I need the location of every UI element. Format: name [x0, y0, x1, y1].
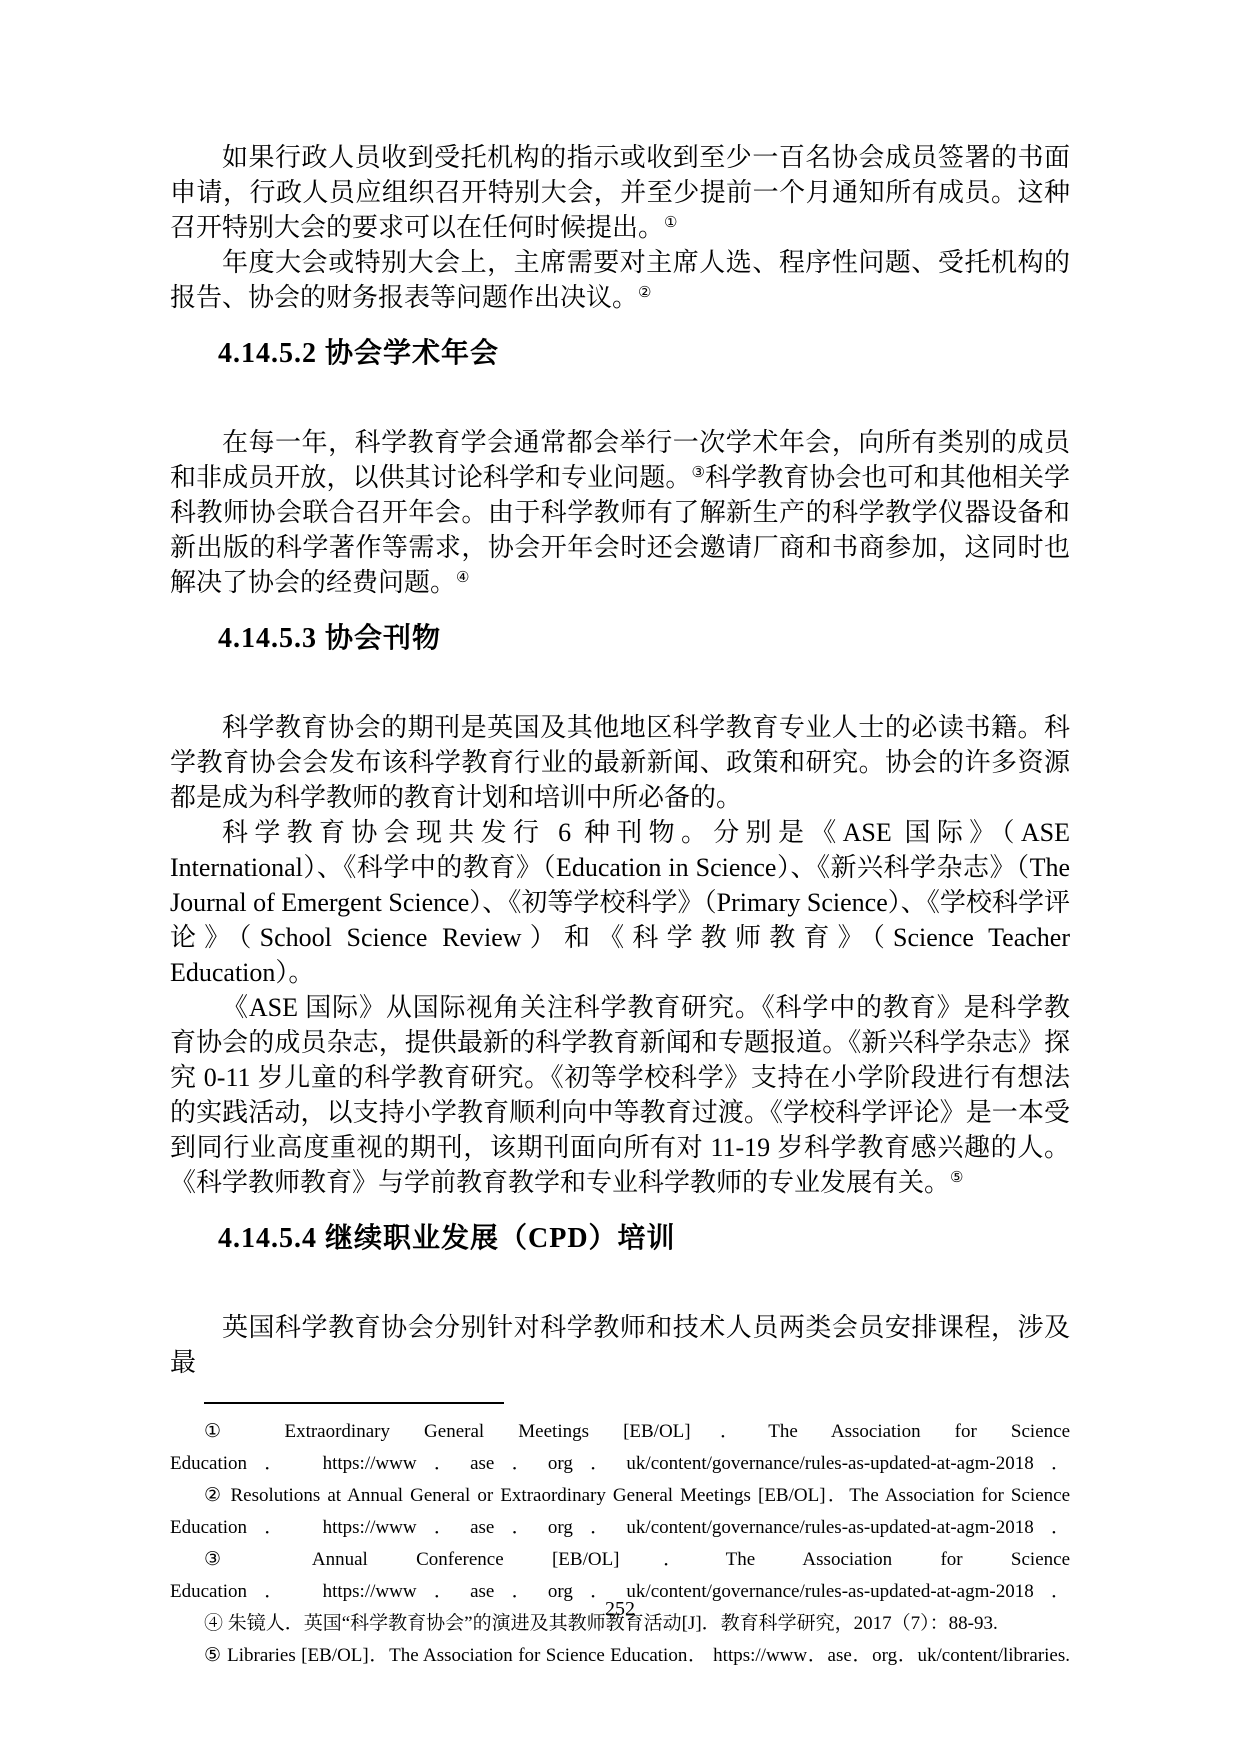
- footnote-ref: ①: [664, 215, 677, 231]
- footnotes-section: ① Extraordinary General Meetings [EB/OL]…: [170, 1402, 1070, 1672]
- text-run: 科学教育协会现共发行 6 种刊物。分别是《ASE 国际》（ASE Interna…: [170, 818, 1070, 987]
- paragraph-journals-list: 科学教育协会现共发行 6 种刊物。分别是《ASE 国际》（ASE Interna…: [170, 815, 1070, 990]
- text-run: ③ Annual Conference [EB/OL]．The Associat…: [204, 1549, 1070, 1570]
- url-text: https://www．ase．org．uk/content/libraries…: [713, 1645, 1070, 1666]
- footnote-1: ① Extraordinary General Meetings [EB/OL]…: [170, 1416, 1070, 1480]
- footnote-separator: [204, 1402, 504, 1404]
- text-run: 英国科学教育协会分别针对科学教师和技术人员两类会员安排课程，涉及最: [170, 1313, 1070, 1377]
- url-text: Education． https://www．ase．org．uk/conten…: [170, 1453, 1070, 1474]
- text-run: 如果行政人员收到受托机构的指示或收到至少一百名协会成员签署的书面申请，行政人员应…: [170, 143, 1070, 242]
- text-run: ⑤ Libraries [EB/OL]．The Association for …: [204, 1645, 713, 1666]
- text-run: ② Resolutions at Annual General or Extra…: [204, 1485, 1070, 1506]
- text-run: 年度大会或特别大会上，主席需要对主席人选、程序性问题、受托机构的报告、协会的财务…: [170, 248, 1070, 312]
- footnote-ref: ④: [456, 570, 469, 586]
- section-heading-4-14-5-3: 4.14.5.3 协会刊物: [170, 618, 1070, 660]
- paragraph-special-meetings: 如果行政人员收到受托机构的指示或收到至少一百名协会成员签署的书面申请，行政人员应…: [170, 140, 1070, 245]
- page-content: 如果行政人员收到受托机构的指示或收到至少一百名协会成员签署的书面申请，行政人员应…: [170, 140, 1070, 1672]
- footnote-2: ② Resolutions at Annual General or Extra…: [170, 1480, 1070, 1544]
- text-run: ① Extraordinary General Meetings [EB/OL]…: [204, 1421, 1070, 1442]
- url-text: Education． https://www．ase．org．uk/conten…: [170, 1517, 1070, 1538]
- paragraph-journals-intro: 科学教育协会的期刊是英国及其他地区科学教育专业人士的必读书籍。科学教育协会会发布…: [170, 710, 1070, 815]
- footnote-ref: ⑤: [950, 1170, 963, 1186]
- text-run: 科学教育协会的期刊是英国及其他地区科学教育专业人士的必读书籍。科学教育协会会发布…: [170, 713, 1070, 812]
- page-number: 252: [0, 1598, 1240, 1621]
- text-run: 《ASE 国际》从国际视角关注科学教育研究。《科学中的教育》是科学教育协会的成员…: [170, 993, 1070, 1197]
- section-heading-4-14-5-2: 4.14.5.2 协会学术年会: [170, 333, 1070, 375]
- document-page: 如果行政人员收到受托机构的指示或收到至少一百名协会成员签署的书面申请，行政人员应…: [0, 0, 1240, 1753]
- paragraph-cpd-intro: 英国科学教育协会分别针对科学教师和技术人员两类会员安排课程，涉及最: [170, 1310, 1070, 1380]
- paragraph-annual-meetings: 年度大会或特别大会上，主席需要对主席人选、程序性问题、受托机构的报告、协会的财务…: [170, 245, 1070, 315]
- paragraph-journals-detail: 《ASE 国际》从国际视角关注科学教育研究。《科学中的教育》是科学教育协会的成员…: [170, 990, 1070, 1200]
- footnote-ref: ③: [691, 465, 705, 481]
- footnote-5: ⑤ Libraries [EB/OL]．The Association for …: [170, 1640, 1070, 1672]
- section-heading-4-14-5-4: 4.14.5.4 继续职业发展（CPD）培训: [170, 1218, 1070, 1260]
- paragraph-annual-conference: 在每一年，科学教育学会通常都会举行一次学术年会，向所有类别的成员和非成员开放，以…: [170, 425, 1070, 600]
- footnote-ref: ②: [638, 285, 651, 301]
